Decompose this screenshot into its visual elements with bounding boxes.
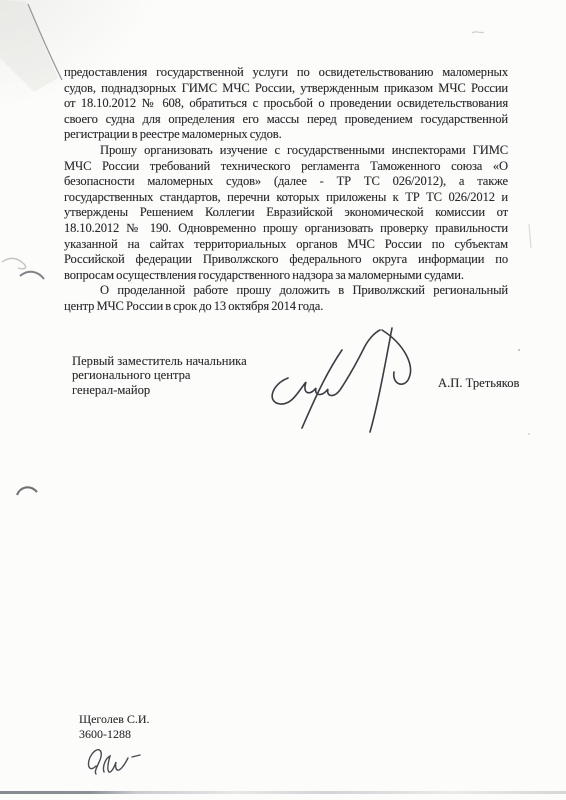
document-page: предоставления государственной услуги по… <box>0 0 566 800</box>
text-line: Прошу организовать изучение с государств… <box>64 143 508 159</box>
signoff-title: Первый заместитель начальника региональн… <box>72 354 247 397</box>
handwritten-initials-icon <box>78 736 148 780</box>
body-text: предоставления государственной услуги по… <box>64 65 508 315</box>
text-line: О проделанной работе прошу доложить в Пр… <box>64 283 508 299</box>
executor-name: Щеголев С.И. <box>79 712 150 727</box>
text-line: утверждены Решением Коллегии Евразийской… <box>64 205 508 221</box>
text-line: регистрации в реестре маломерных судов. <box>64 127 508 143</box>
paper-bottom-edge <box>0 791 566 794</box>
text-line: своего судна для определения его массы п… <box>64 112 508 128</box>
text-line: МЧС России требований технического регла… <box>64 159 508 175</box>
small-smudge <box>472 32 484 33</box>
speck <box>518 349 520 351</box>
executor-block: Щеголев С.И. 3600-1288 <box>79 712 150 741</box>
text-line: центр МЧС России в срок до 13 октября 20… <box>64 299 508 315</box>
executor-phone: 3600-1288 <box>79 727 150 742</box>
text-line: судов, поднадзорных ГИМС МЧС России, утв… <box>64 81 508 97</box>
left-edge-smudge <box>20 272 44 279</box>
text-line: вопросам осуществления государственного … <box>64 268 508 284</box>
handwritten-signature-icon <box>258 326 428 441</box>
text-line: предоставления государственной услуги по… <box>64 65 508 81</box>
left-edge-smudge <box>17 487 37 495</box>
left-edge-smudge <box>2 258 26 268</box>
signoff-title-line: регионального центра <box>72 368 247 382</box>
signoff-title-line: Первый заместитель начальника <box>72 354 247 368</box>
text-line: безопасности маломерных судов» (далее - … <box>64 174 508 190</box>
signoff-name: А.П. Третьяков <box>438 376 520 391</box>
text-line: государственных стандартов, перечни кото… <box>64 190 508 206</box>
fold-line <box>28 4 62 80</box>
text-line: от 18.10.2012 № 608, обратиться с просьб… <box>64 96 508 112</box>
folded-corner-shade <box>0 0 58 92</box>
speck <box>528 433 530 435</box>
signoff-title-line: генерал-майор <box>72 383 247 397</box>
faint-streak <box>529 224 531 248</box>
text-line: Российской федерации Приволжского федера… <box>64 252 508 268</box>
text-line: указанной на сайтах территориальных орга… <box>64 237 508 253</box>
text-line: 18.10.2012 № 190. Одновременно прошу орг… <box>64 221 508 237</box>
